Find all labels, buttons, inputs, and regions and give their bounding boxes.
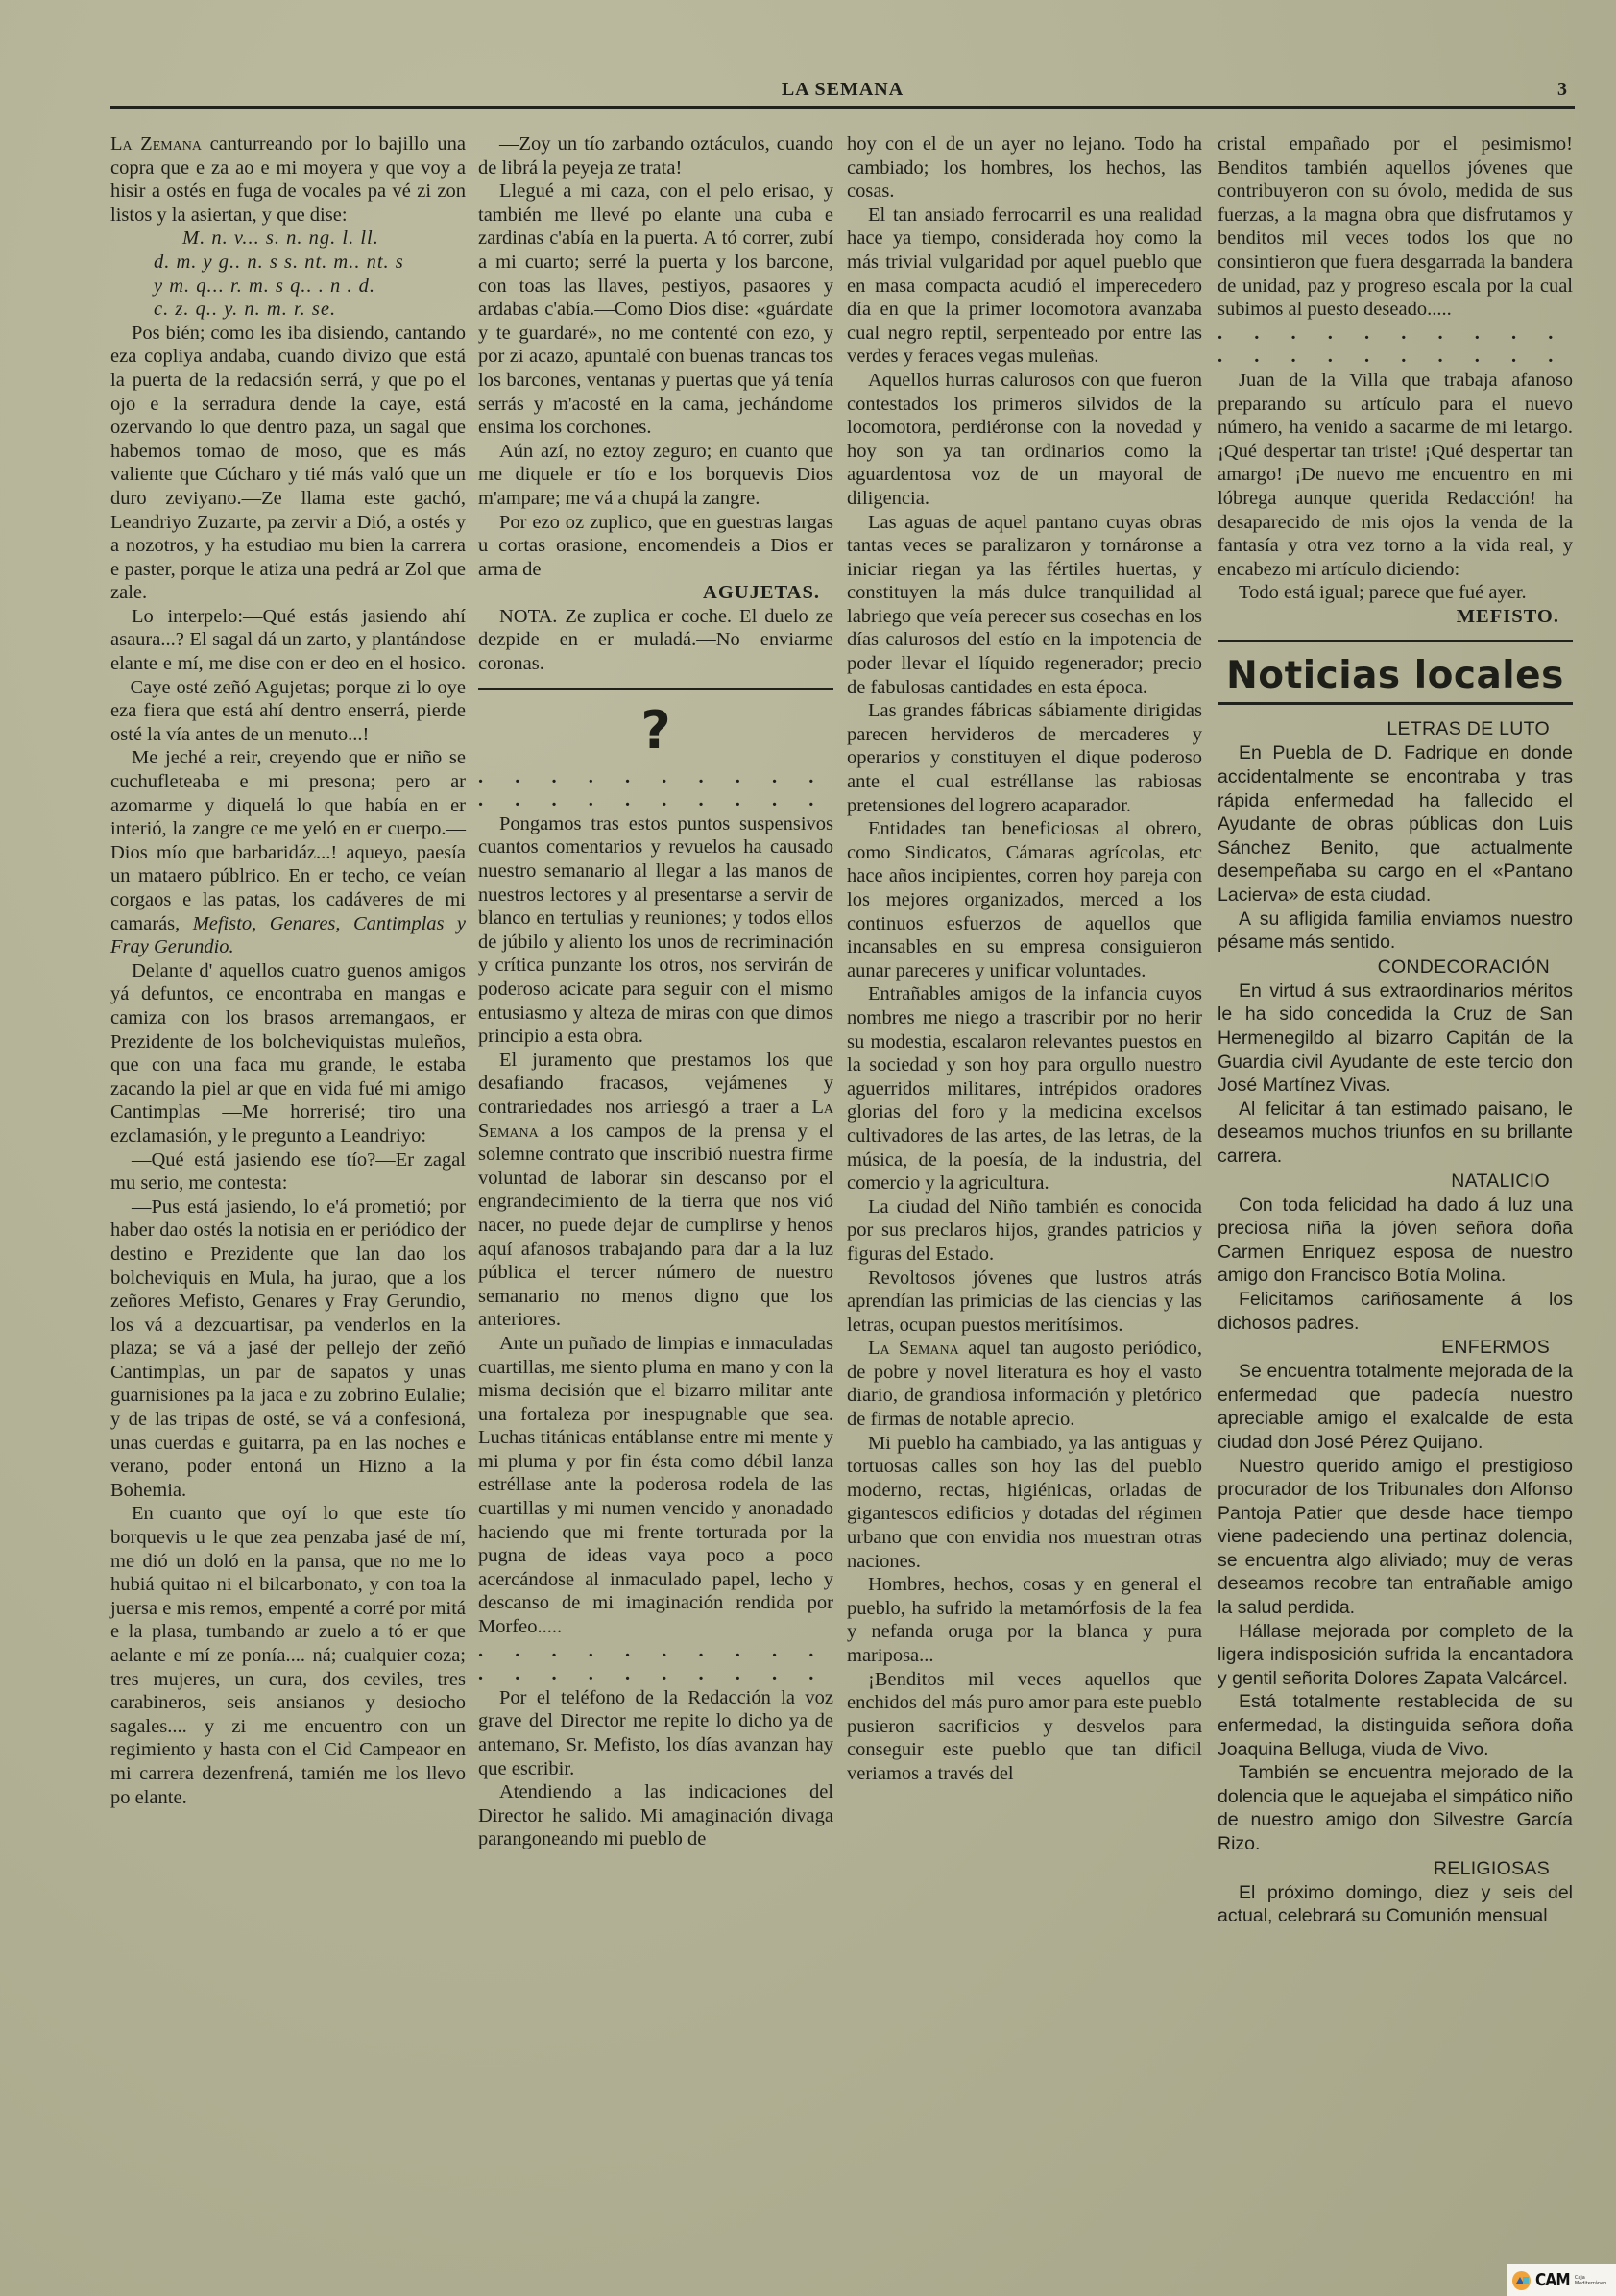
verse-line: M. n. v... s. n. ng. l. ll. <box>110 227 466 251</box>
article-paragraph: —Zoy un tío zarbando oztáculos, cuando d… <box>478 133 833 180</box>
news-paragraph: Se encuentra totalmente mejorada de la e… <box>1218 1360 1573 1454</box>
verse-line: y m. q... r. m. s q.. . n . d. <box>110 275 466 299</box>
newspaper-page: LA SEMANA 3 La Zemana canturreando por l… <box>0 0 1616 2296</box>
news-paragraph: Felicitamos cariñosamente á los dichosos… <box>1218 1288 1573 1335</box>
article-paragraph: Las aguas de aquel pantano cuyas obras t… <box>847 511 1202 700</box>
news-paragraph: En virtud á sus extraordinarios méritos … <box>1218 979 1573 1098</box>
masthead: LA SEMANA 3 <box>110 77 1575 106</box>
news-luto: LETRAS DE LUTO En Puebla de D. Fadrique … <box>1218 716 1573 954</box>
article-paragraph: Aún azí, no eztoy zeguro; en cuanto que … <box>478 440 833 511</box>
signature-mefisto: MEFISTO. <box>1218 605 1573 629</box>
article-paragraph: hoy con el de un ayer no lejano. Todo ha… <box>847 133 1202 204</box>
article-paragraph: La ciudad del Niño también es conocida p… <box>847 1196 1202 1267</box>
section-divider <box>1218 702 1573 705</box>
article-paragraph: Entrañables amigos de la infancia cuyos … <box>847 982 1202 1195</box>
article-paragraph: Delante d' aquellos cuatro guenos amigos… <box>110 959 466 1148</box>
news-paragraph: Al felicitar á tan estimado paisano, le … <box>1218 1098 1573 1169</box>
paragraph-text: El juramento que prestamos los que desaf… <box>478 1050 833 1118</box>
news-paragraph: A su afligida familia enviamos nuestro p… <box>1218 907 1573 955</box>
news-heading: CONDECORACIÓN <box>1218 955 1573 979</box>
section-divider <box>1218 640 1573 642</box>
article-paragraph: La Zemana canturreando por lo bajillo un… <box>110 133 466 227</box>
article-paragraph: El juramento que prestamos los que desaf… <box>478 1049 833 1332</box>
page-number: 3 <box>1557 79 1567 101</box>
news-paragraph: También se encuentra mejorado de la dole… <box>1218 1761 1573 1855</box>
article-paragraph: Lo interpelo:—Qué estás jasiendo ahí asa… <box>110 605 466 747</box>
article-paragraph: Me jeché a reir, creyendo que er niño se… <box>110 746 466 958</box>
news-heading: NATALICIO <box>1218 1169 1573 1194</box>
ellipsis-row: . . . . . . . . . . . . . . . . . . . <box>478 1639 833 1663</box>
article-paragraph: Todo está igual; parece que fué ayer. <box>1218 581 1573 605</box>
masthead-rule <box>110 106 1575 109</box>
article-paragraph: Revoltosos jóvenes que lustros atrás apr… <box>847 1267 1202 1338</box>
news-paragraph: Hállase mejorada por completo de la lige… <box>1218 1620 1573 1691</box>
article-paragraph: —Qué está jasiendo ese tío?—Er zagal mu … <box>110 1148 466 1196</box>
article-paragraph: Juan de la Villa que trabaja afanoso pre… <box>1218 369 1573 581</box>
article-paragraph: Pos bién; como les iba disiendo, cantand… <box>110 322 466 605</box>
column-4: cristal empañado por el pesimismo! Bendi… <box>1218 133 1573 1928</box>
article-paragraph: En cuanto que oyí lo que este tío borque… <box>110 1502 466 1809</box>
article-paragraph: Atendiendo a las indicaciones del Direct… <box>478 1780 833 1851</box>
article-paragraph: La Semana aquel tan augosto periódico, d… <box>847 1337 1202 1431</box>
article-paragraph: Por el teléfono de la Redacción la voz g… <box>478 1686 833 1780</box>
note-paragraph: NOTA. Ze zuplica er coche. El duelo ze d… <box>478 605 833 676</box>
ellipsis-row: . . . . . . . . . . . . . . . . . . . <box>478 1662 833 1686</box>
news-paragraph: Nuestro querido amigo el prestigioso pro… <box>1218 1455 1573 1620</box>
article-paragraph: Ante un puñado de limpias e inmaculadas … <box>478 1332 833 1639</box>
article-paragraph: ¡Benditos mil veces aquellos que enchido… <box>847 1668 1202 1786</box>
article-paragraph: Mi pueblo ha cambiado, ya las antiguas y… <box>847 1432 1202 1574</box>
news-heading: ENFERMOS <box>1218 1335 1573 1360</box>
ellipsis-row: . . . . . . . . . . . . . . . . . . <box>1218 345 1573 369</box>
news-enfermos: ENFERMOS Se encuentra totalmente mejorad… <box>1218 1335 1573 1855</box>
column-2: —Zoy un tío zarbando oztáculos, cuando d… <box>478 133 833 1851</box>
verse-line: d. m. y g.. n. s s. nt. m.. nt. s <box>110 251 466 275</box>
paragraph-text: Me jeché a reir, creyendo que er niño se… <box>110 747 466 933</box>
article-paragraph: Hombres, hechos, cosas y en general el p… <box>847 1573 1202 1667</box>
publication-name: La Semana <box>868 1338 959 1359</box>
ellipsis-row: . . . . . . . . . . . . . . . . . . <box>1218 322 1573 346</box>
publication-name: La Zemana <box>110 133 202 155</box>
ellipsis-row: . . . . . . . . . . . . . . . . . . . <box>478 765 833 789</box>
cam-brand: CAM <box>1535 2270 1570 2290</box>
article-paragraph: Por ezo oz zuplico, que en guestras larg… <box>478 511 833 582</box>
paragraph-text: a los campos de la prensa y el solemne c… <box>478 1121 833 1331</box>
section-title-noticias-locales: Noticias locales <box>1218 654 1573 698</box>
article-paragraph: Pongamos tras estos puntos suspensivos c… <box>478 812 833 1049</box>
article-paragraph: Llegué a mi caza, con el pelo erisao, y … <box>478 180 833 440</box>
article-paragraph: Las grandes fábricas sábiamente dirigida… <box>847 699 1202 817</box>
verse-line: c. z. q.. y. n. m. r. se. <box>110 298 466 322</box>
news-condecoracion: CONDECORACIÓN En virtud á sus extraordin… <box>1218 955 1573 1169</box>
news-natalicio: NATALICIO Con toda felicidad ha dado á l… <box>1218 1169 1573 1336</box>
cam-logo-icon <box>1512 2271 1531 2290</box>
news-paragraph: Con toda felicidad ha dado á luz una pre… <box>1218 1194 1573 1288</box>
cam-watermark-logo: CAM Caja Mediterráneo <box>1507 2264 1616 2296</box>
signature-agujetas: AGUJETAS. <box>478 581 833 605</box>
news-paragraph: Está totalmente restablecida de su enfer… <box>1218 1690 1573 1761</box>
question-mark-heading: ? <box>478 702 833 760</box>
section-divider <box>478 688 833 690</box>
article-paragraph: El tan ansiado ferrocarril es una realid… <box>847 204 1202 369</box>
news-heading: RELIGIOSAS <box>1218 1856 1573 1881</box>
ellipsis-row: . . . . . . . . . . . . . . . . . . . <box>478 788 833 812</box>
column-1: La Zemana canturreando por lo bajillo un… <box>110 133 466 1809</box>
article-paragraph: cristal empañado por el pesimismo! Bendi… <box>1218 133 1573 322</box>
article-paragraph: Entidades tan beneficiosas al obrero, co… <box>847 817 1202 982</box>
cam-subtitle: Caja Mediterráneo <box>1575 2275 1616 2286</box>
news-heading: LETRAS DE LUTO <box>1218 716 1573 741</box>
news-paragraph: El próximo domingo, diez y seis del actu… <box>1218 1881 1573 1928</box>
column-3: hoy con el de un ayer no lejano. Todo ha… <box>847 133 1202 1786</box>
news-paragraph: En Puebla de D. Fadrique en donde accide… <box>1218 741 1573 906</box>
article-paragraph: —Pus está jasiendo, lo e'á prometió; por… <box>110 1196 466 1503</box>
newspaper-title: LA SEMANA <box>110 79 1575 101</box>
article-paragraph: Aquellos hurras calurosos con que fueron… <box>847 369 1202 511</box>
news-religiosas: RELIGIOSAS El próximo domingo, diez y se… <box>1218 1856 1573 1928</box>
